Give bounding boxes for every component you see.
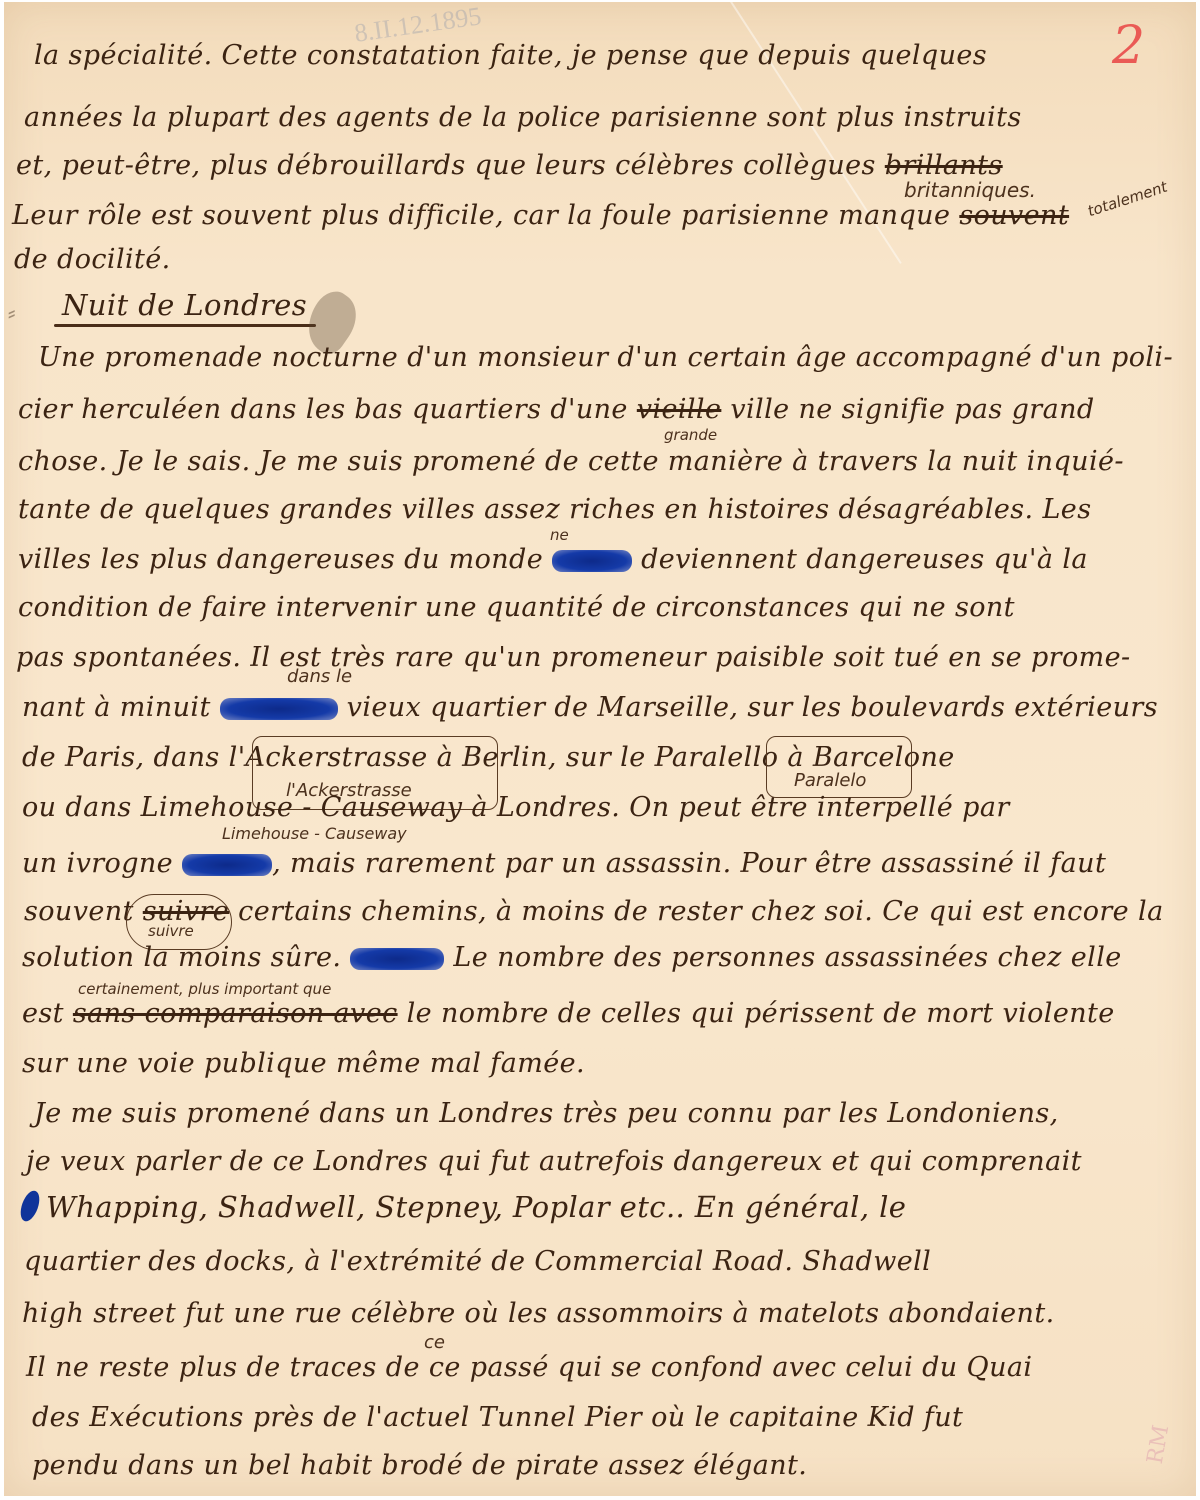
manuscript-line-19: est sans comparaison avec le nombre de c… (22, 998, 1115, 1029)
struck-phrase: sans comparaison avec (73, 998, 398, 1029)
struck-word: vieille (637, 394, 722, 425)
insertion-totalement: totalement (1085, 178, 1169, 221)
manuscript-line-18: solution la moins sûre. Le nombre des pe… (22, 942, 1122, 973)
line-10-text: villes les plus dangereuses du monde (18, 544, 543, 575)
line-16-rest: , mais rarement par un assassin. Pour êt… (272, 848, 1106, 879)
manuscript-line-2: années la plupart des agents de la polic… (24, 102, 1022, 133)
insertion-certainement: certainement, plus important que (78, 980, 331, 998)
line-13-rest: vieux quartier de Marseille, sur les bou… (347, 692, 1158, 723)
blue-ink-blot (350, 948, 444, 970)
line-17-text: souvent (24, 896, 134, 927)
manuscript-line-10: villes les plus dangereuses du monde dev… (18, 544, 1088, 575)
title-underline (54, 324, 316, 327)
manuscript-line-8: chose. Je le sais. Je me suis promené de… (18, 446, 1124, 477)
manuscript-line-23: Whapping, Shadwell, Stepney, Poplar etc.… (46, 1190, 906, 1224)
manuscript-line-24: quartier des docks, à l'extrémité de Com… (24, 1246, 931, 1277)
line-7-rest: ville ne signifie pas grand (730, 394, 1094, 425)
blue-ink-blot (182, 854, 272, 876)
archive-stamp: RM (1143, 1423, 1174, 1466)
manuscript-line-21: Je me suis promené dans un Londres très … (34, 1098, 1059, 1129)
line-3-text: et, peut-être, plus débrouillards que le… (16, 150, 876, 181)
manuscript-page: 8.II.12.1895 2 RM la spécialité. Cette c… (4, 2, 1196, 1496)
manuscript-line-26: Il ne reste plus de traces de ce passé q… (26, 1352, 1032, 1383)
struck-word: brillants (885, 150, 1003, 181)
line-18-text: solution la moins sûre. (22, 942, 341, 973)
manuscript-line-6: Une promenade nocturne d'un monsieur d'u… (38, 342, 1173, 373)
manuscript-line-28: pendu dans un bel habit brodé de pirate … (32, 1450, 807, 1481)
manuscript-line-16: un ivrogne , mais rarement par un assass… (22, 848, 1106, 879)
manuscript-line-5: de docilité. (14, 244, 171, 275)
line-14-text: de Paris, dans (22, 742, 220, 773)
page-number: 2 (1112, 16, 1145, 76)
struck-word: souvent (959, 200, 1069, 231)
line-10-rest: deviennent dangereuses qu'à la (641, 544, 1088, 575)
insertion-grande: grande (664, 426, 717, 444)
manuscript-line-7: cier herculéen dans les bas quartiers d'… (18, 394, 1095, 425)
manuscript-line-27: des Exécutions près de l'actuel Tunnel P… (32, 1402, 963, 1433)
blue-ink-dot (17, 1188, 43, 1224)
line-17-rest: certains chemins, à moins de rester chez… (238, 896, 1163, 927)
line-18-rest: Le nombre des personnes assassinées chez… (453, 942, 1121, 973)
manuscript-line-11: condition de faire intervenir une quanti… (18, 592, 1015, 623)
blue-ink-blot (220, 698, 338, 720)
manuscript-line-12: pas spontanées. Il est très rare qu'un p… (16, 642, 1131, 673)
insertion-dans-le: dans le (287, 666, 352, 687)
correction-paralelo: Paralelo (794, 770, 866, 791)
manuscript-line-4: Leur rôle est souvent plus difficile, ca… (12, 200, 1069, 231)
line-16-text: un ivrogne (22, 848, 173, 879)
line-7-text: cier herculéen dans les bas quartiers d'… (18, 394, 628, 425)
paralello-written: Paralello (655, 742, 779, 773)
manuscript-line-1: la spécialité. Cette constatation faite,… (34, 40, 987, 71)
line-4-text: Leur rôle est souvent plus difficile, ca… (12, 200, 950, 231)
manuscript-line-3: et, peut-être, plus débrouillards que le… (16, 150, 1003, 181)
manuscript-line-9: tante de quelques grandes villes assez r… (18, 494, 1091, 525)
manuscript-line-13: nant à minuit vieux quartier de Marseill… (22, 692, 1158, 723)
line-19-rest: le nombre de celles qui périssent de mor… (407, 998, 1115, 1029)
insertion-britanniques: britanniques. (904, 178, 1036, 202)
manuscript-line-20: sur une voie publique même mal famée. (22, 1048, 585, 1079)
correction-limehouse: Limehouse - Causeway (222, 824, 407, 843)
insertion-ne: ne (550, 526, 569, 544)
manuscript-line-25: high street fut une rue célèbre où les a… (22, 1298, 1055, 1329)
line-19-text: est (22, 998, 64, 1029)
margin-mark: ⸗ (8, 300, 15, 326)
manuscript-line-15: ou dans Limehouse - Causeway à Londres. … (22, 792, 1010, 823)
insertion-ce: ce (424, 1332, 445, 1353)
section-title: Nuit de Londres (62, 288, 307, 322)
blue-ink-blot (552, 550, 632, 572)
correction-suivre: suivre (148, 922, 194, 940)
manuscript-line-22: je veux parler de ce Londres qui fut aut… (26, 1146, 1082, 1177)
line-13-text: nant à minuit (22, 692, 211, 723)
